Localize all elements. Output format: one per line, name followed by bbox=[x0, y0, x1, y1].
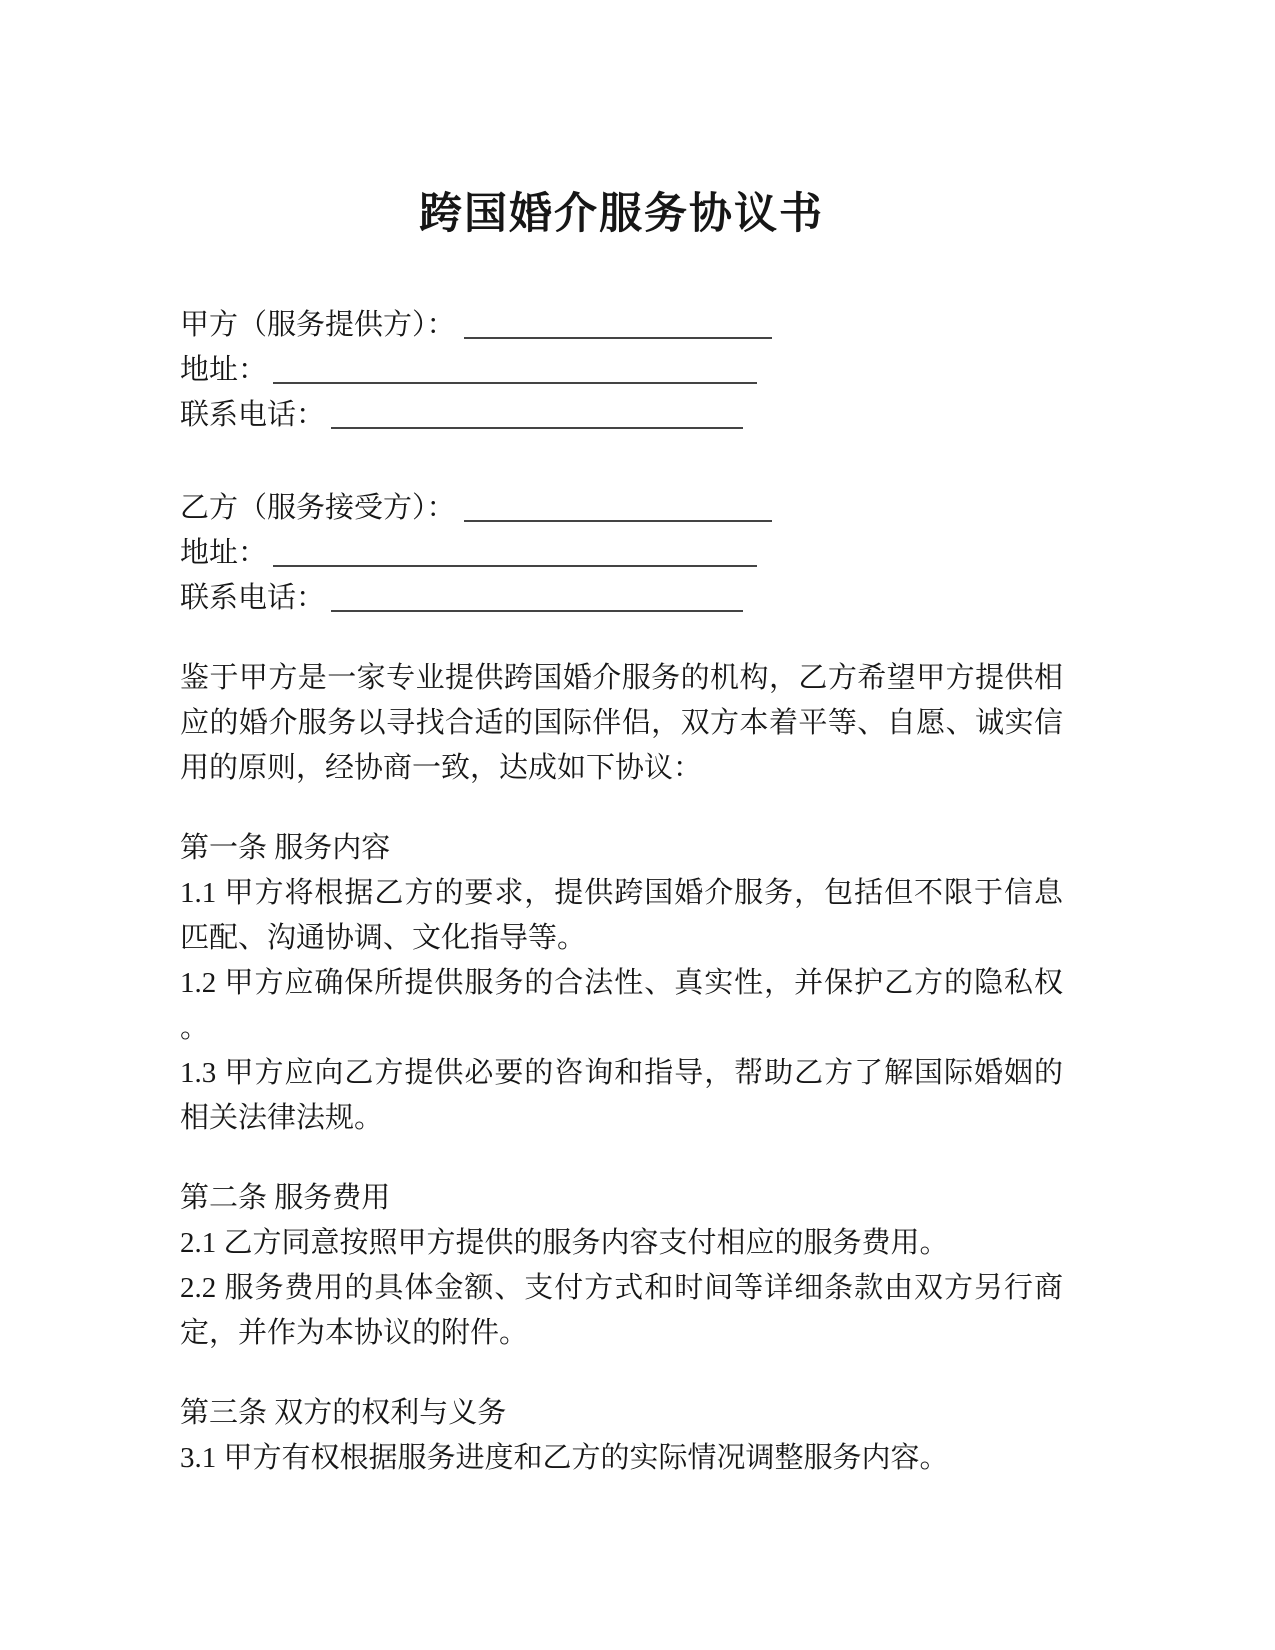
section-2: 第二条 服务费用 2.1 乙方同意按照甲方提供的服务内容支付相应的服务费用。 2… bbox=[180, 1176, 1063, 1356]
party-a-name-label: 甲方（服务提供方）： bbox=[180, 309, 456, 341]
clause-2-2-line: 2.2 服务费用的具体金额、支付方式和时间等详细条款由双方另行商 bbox=[180, 1266, 1063, 1311]
party-b-name-blank bbox=[464, 514, 772, 522]
clause-1-2-line: 。 bbox=[180, 1006, 1063, 1051]
preamble: 鉴于甲方是一家专业提供跨国婚介服务的机构，乙方希望甲方提供相 应的婚介服务以寻找… bbox=[180, 656, 1063, 791]
party-b-phone-blank bbox=[331, 604, 743, 612]
clause-3-1-line: 3.1 甲方有权根据服务进度和乙方的实际情况调整服务内容。 bbox=[180, 1436, 1063, 1481]
clause-1-1-line: 1.1 甲方将根据乙方的要求，提供跨国婚介服务，包括但不限于信息 bbox=[180, 871, 1063, 916]
party-b-block: 乙方（服务接受方）： 地址： 联系电话： bbox=[180, 486, 1063, 621]
section-2-heading: 第二条 服务费用 bbox=[180, 1176, 1063, 1221]
party-a-address-blank bbox=[273, 376, 757, 384]
party-b-name-label: 乙方（服务接受方）： bbox=[180, 492, 456, 524]
party-a-address-line: 地址： bbox=[180, 348, 1063, 393]
party-a-block: 甲方（服务提供方）： 地址： 联系电话： bbox=[180, 303, 1063, 438]
clause-1-3-line: 相关法律法规。 bbox=[180, 1096, 1063, 1141]
clause-2-1-line: 2.1 乙方同意按照甲方提供的服务内容支付相应的服务费用。 bbox=[180, 1221, 1063, 1266]
party-b-address-line: 地址： bbox=[180, 531, 1063, 576]
party-b-phone-line: 联系电话： bbox=[180, 576, 1063, 621]
party-a-phone-line: 联系电话： bbox=[180, 393, 1063, 438]
clause-1-3-line: 1.3 甲方应向乙方提供必要的咨询和指导，帮助乙方了解国际婚姻的 bbox=[180, 1051, 1063, 1096]
party-b-phone-label: 联系电话： bbox=[180, 582, 325, 614]
preamble-line: 鉴于甲方是一家专业提供跨国婚介服务的机构，乙方希望甲方提供相 bbox=[180, 656, 1063, 701]
party-b-name-line: 乙方（服务接受方）： bbox=[180, 486, 1063, 531]
document-title: 跨国婚介服务协议书 bbox=[180, 184, 1063, 246]
party-b-address-label: 地址： bbox=[180, 537, 267, 569]
section-1: 第一条 服务内容 1.1 甲方将根据乙方的要求，提供跨国婚介服务，包括但不限于信… bbox=[180, 826, 1063, 1141]
section-3-heading: 第三条 双方的权利与义务 bbox=[180, 1391, 1063, 1436]
party-a-phone-blank bbox=[331, 421, 743, 429]
party-a-address-label: 地址： bbox=[180, 354, 267, 386]
section-3: 第三条 双方的权利与义务 3.1 甲方有权根据服务进度和乙方的实际情况调整服务内… bbox=[180, 1391, 1063, 1481]
preamble-line: 用的原则，经协商一致，达成如下协议： bbox=[180, 746, 1063, 791]
preamble-line: 应的婚介服务以寻找合适的国际伴侣，双方本着平等、自愿、诚实信 bbox=[180, 701, 1063, 746]
party-a-phone-label: 联系电话： bbox=[180, 399, 325, 431]
party-a-name-blank bbox=[464, 331, 772, 339]
clause-1-2-line: 1.2 甲方应确保所提供服务的合法性、真实性，并保护乙方的隐私权 bbox=[180, 961, 1063, 1006]
document-page: 跨国婚介服务协议书 甲方（服务提供方）： 地址： 联系电话： 乙方（服务接受方）… bbox=[0, 0, 1275, 1650]
party-b-address-blank bbox=[273, 559, 757, 567]
clause-2-2-line: 定，并作为本协议的附件。 bbox=[180, 1311, 1063, 1356]
section-1-heading: 第一条 服务内容 bbox=[180, 826, 1063, 871]
party-a-name-line: 甲方（服务提供方）： bbox=[180, 303, 1063, 348]
clause-1-1-line: 匹配、沟通协调、文化指导等。 bbox=[180, 916, 1063, 961]
